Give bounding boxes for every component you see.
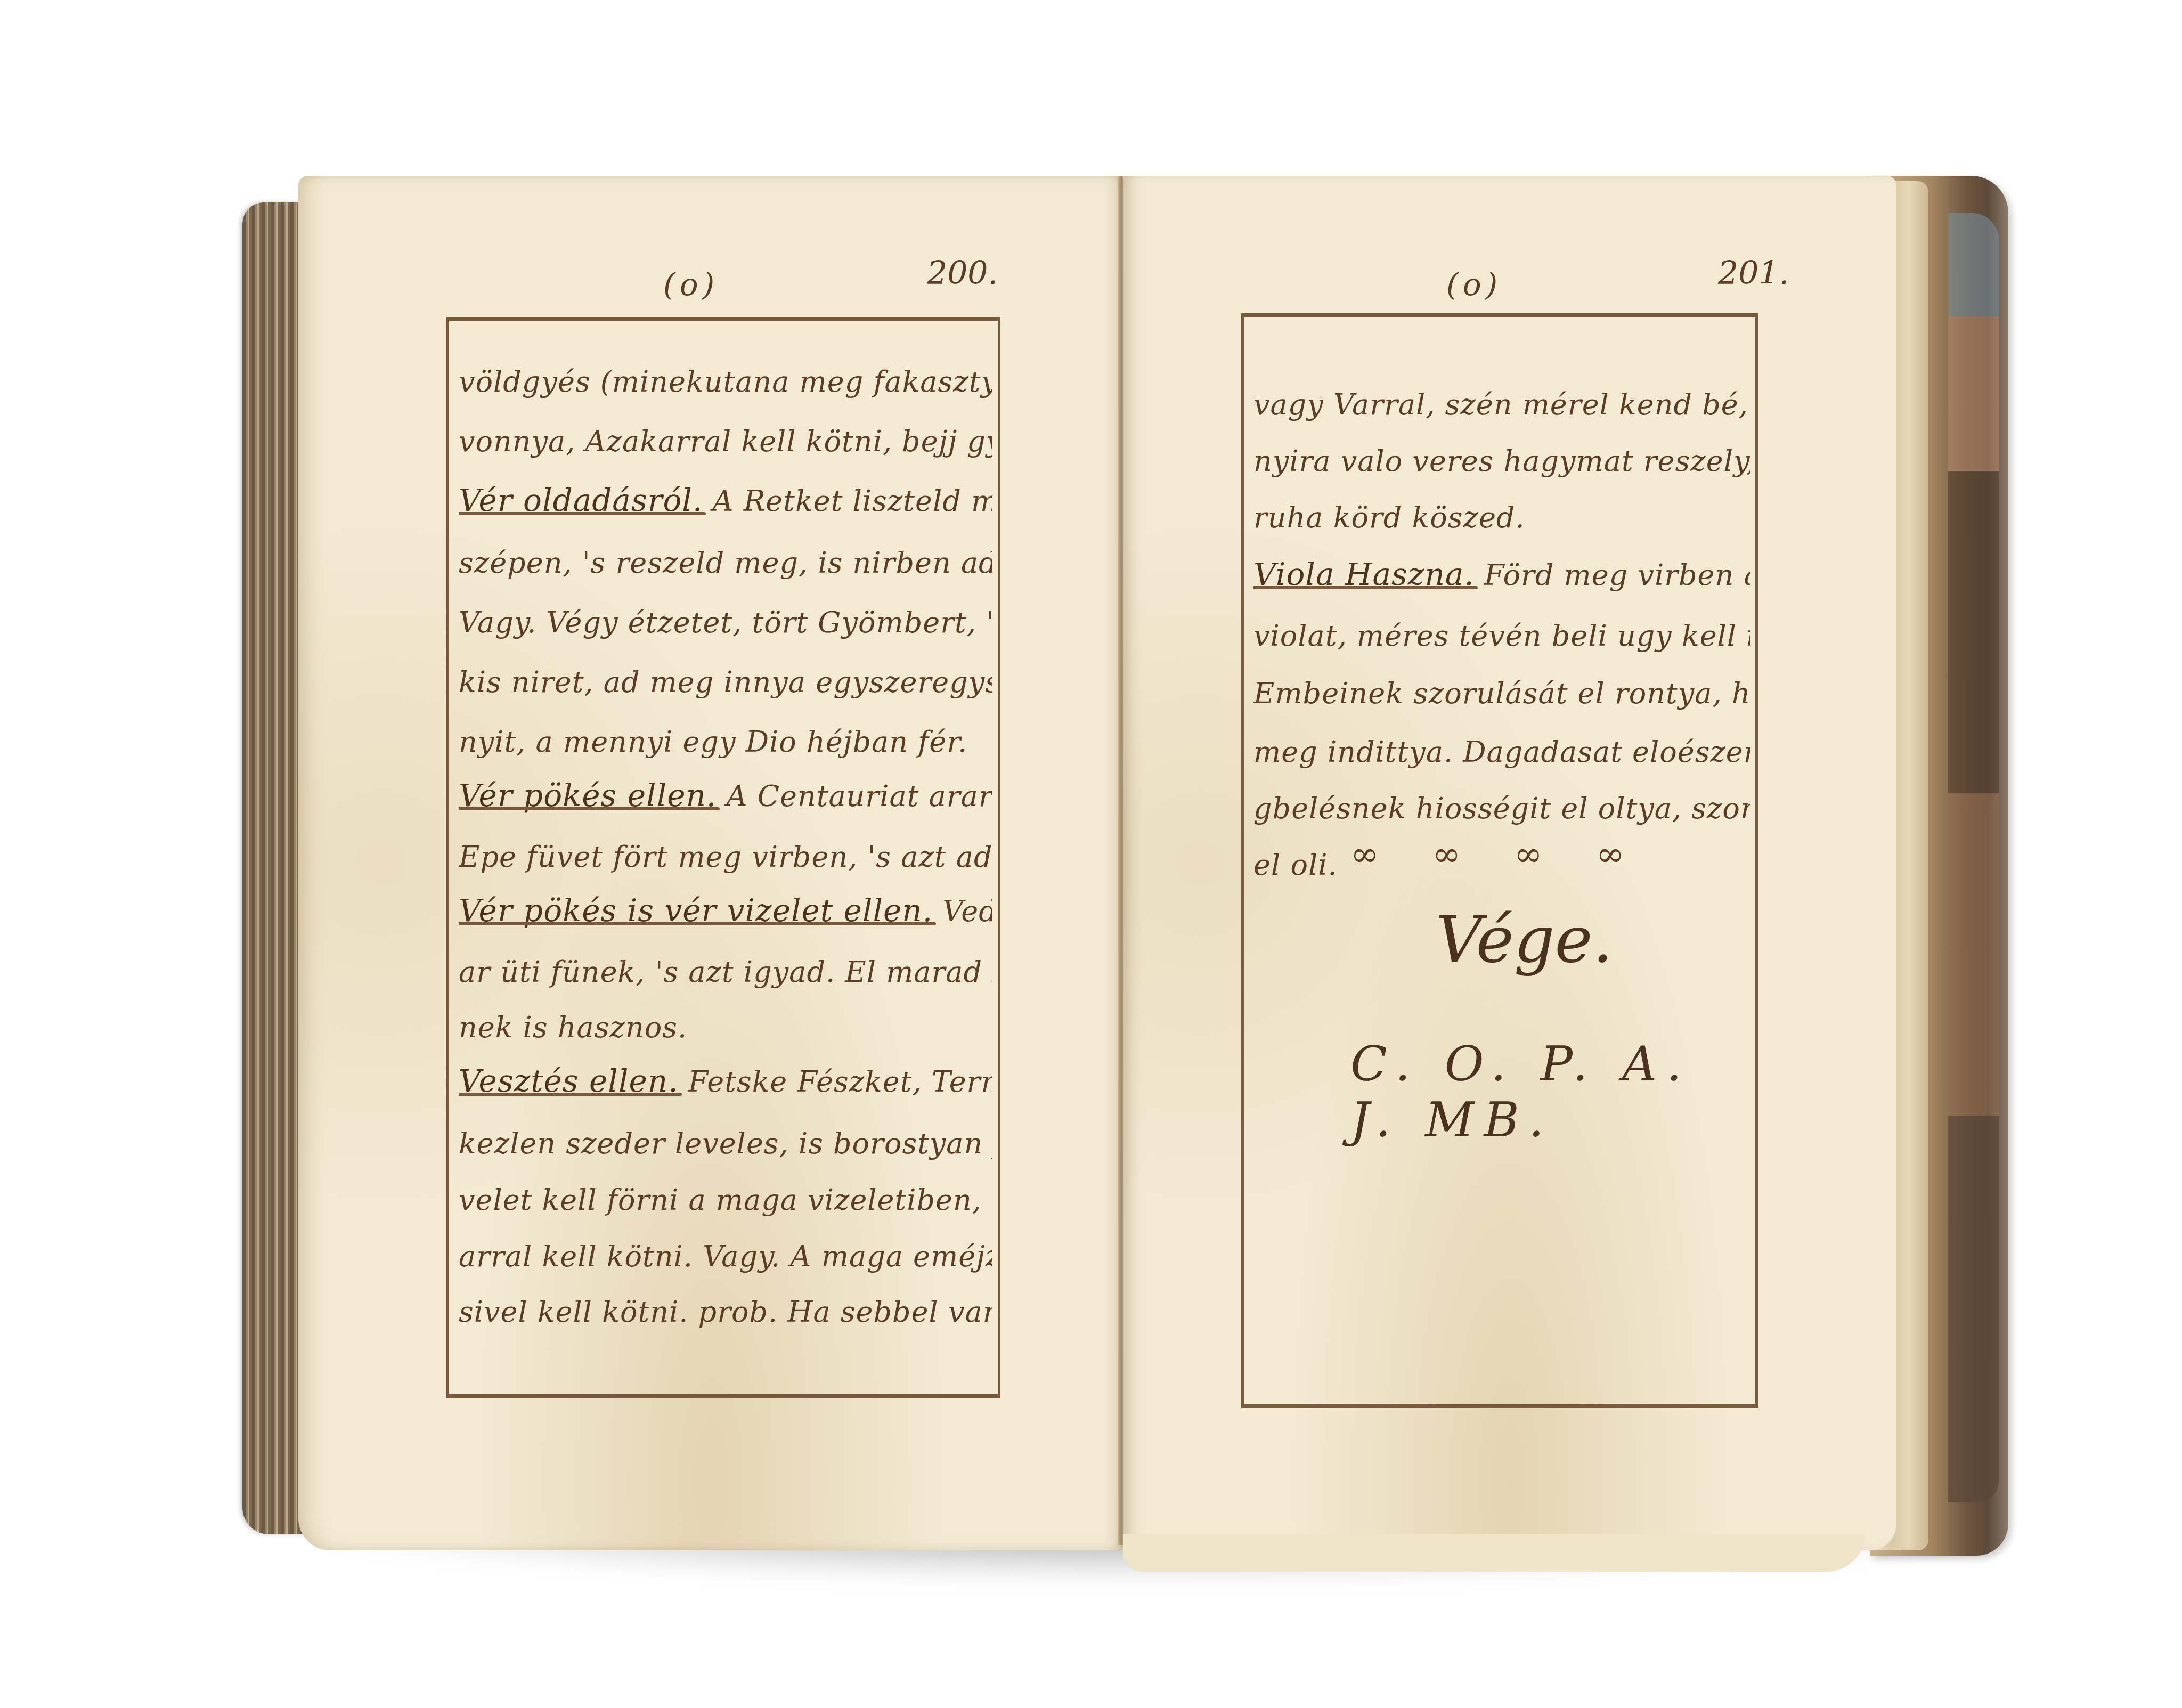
manuscript-photo: (o) 200. völdgyés (minekutana meg fakasz…	[0, 0, 2182, 1708]
rubric-heading: Vesztés ellen.	[459, 1063, 679, 1099]
left-text-frame: völdgyés (minekutana meg fakasztya) ki v…	[446, 317, 1000, 1398]
text-line: Viola Haszna. Förd meg virben a	[1253, 545, 1750, 604]
text-line: ar üti fünek, 's azt igyad. El marad Emb…	[459, 943, 992, 1002]
text-line: arral kell kötni. Vagy. A maga eméjzte	[459, 1227, 992, 1286]
text-line: Vér pökés ellen. A Centauriat arar Föld	[459, 766, 992, 825]
text-line: sivel kell kötni. prob. Ha sebbel van,	[459, 1283, 992, 1341]
closing-word: Vége.	[1436, 903, 1613, 977]
text-line: violat, méres tévén beli ugy kell innya.	[1253, 607, 1750, 665]
rubric-heading: Viola Haszna.	[1253, 556, 1475, 592]
text-line: ruha körd köszed.	[1253, 489, 1750, 547]
text-line: Vér oldadásról. A Retket liszteld meg	[459, 471, 992, 530]
text-line: velet kell förni a maga vizeletiben, is	[459, 1171, 992, 1230]
scribe-initials: C. O. P. A. J. MB.	[1350, 1036, 1755, 1148]
text-line: Vagy. Végy étzetet, tört Gyömbert, 's eg…	[459, 593, 992, 652]
text-line: Vesztés ellen. Fetske Fészket, Termé	[459, 1052, 992, 1110]
right-text-frame: vagy Varral, szén mérel kend bé, is an n…	[1241, 313, 1758, 1408]
rubric-heading: Vér pökés ellen.	[459, 777, 717, 814]
right-folio-number: 201.	[1718, 255, 1789, 292]
text-line: Vér pökés is vér vizelet ellen. Ved vire…	[459, 881, 992, 940]
rubric-heading: Vér pökés is vér vizelet ellen.	[459, 892, 933, 929]
text-line: meg indittya. Dagadasat eloészen Hide	[1253, 723, 1750, 782]
text-line: nyira valo veres hagymat reszely, is kés	[1253, 432, 1750, 491]
text-line: Embeinek szorulását el rontya, hasát	[1253, 664, 1750, 723]
text-line: kezlen szeder leveles, is borostyan fa l…	[459, 1115, 992, 1173]
torn-page-edge	[1123, 1534, 1865, 1572]
text-line: gbelésnek hiosségit el oltya, szonjuságo…	[1253, 779, 1750, 838]
marbled-pattern	[1948, 213, 1999, 1502]
text-line: nek is hasznos.	[459, 998, 992, 1057]
text-line: kis niret, ad meg innya egyszeregyszer a…	[459, 653, 992, 712]
left-folio-number: 200.	[927, 255, 998, 292]
text-line: völdgyés (minekutana meg fakasztya) ki	[459, 353, 992, 411]
text-line: vonnya, Azakarral kell kötni, bejj gyogy…	[459, 412, 992, 471]
text-line: nyit, a mennyi egy Dio héjban fér.	[459, 713, 992, 771]
text-line: szépen, 's reszeld meg, is nirben ad emn…	[459, 534, 992, 592]
decorative-flourishes: ∞ ∞ ∞ ∞	[1350, 835, 1646, 874]
text-line: vagy Varral, szén mérel kend bé, is an	[1253, 376, 1750, 434]
left-running-head: (o)	[663, 266, 719, 303]
rubric-heading: Vér oldadásról.	[459, 482, 703, 518]
text-line: Epe füvet fört meg virben, 's azt ad inn…	[459, 828, 992, 886]
right-running-head: (o)	[1446, 266, 1502, 303]
